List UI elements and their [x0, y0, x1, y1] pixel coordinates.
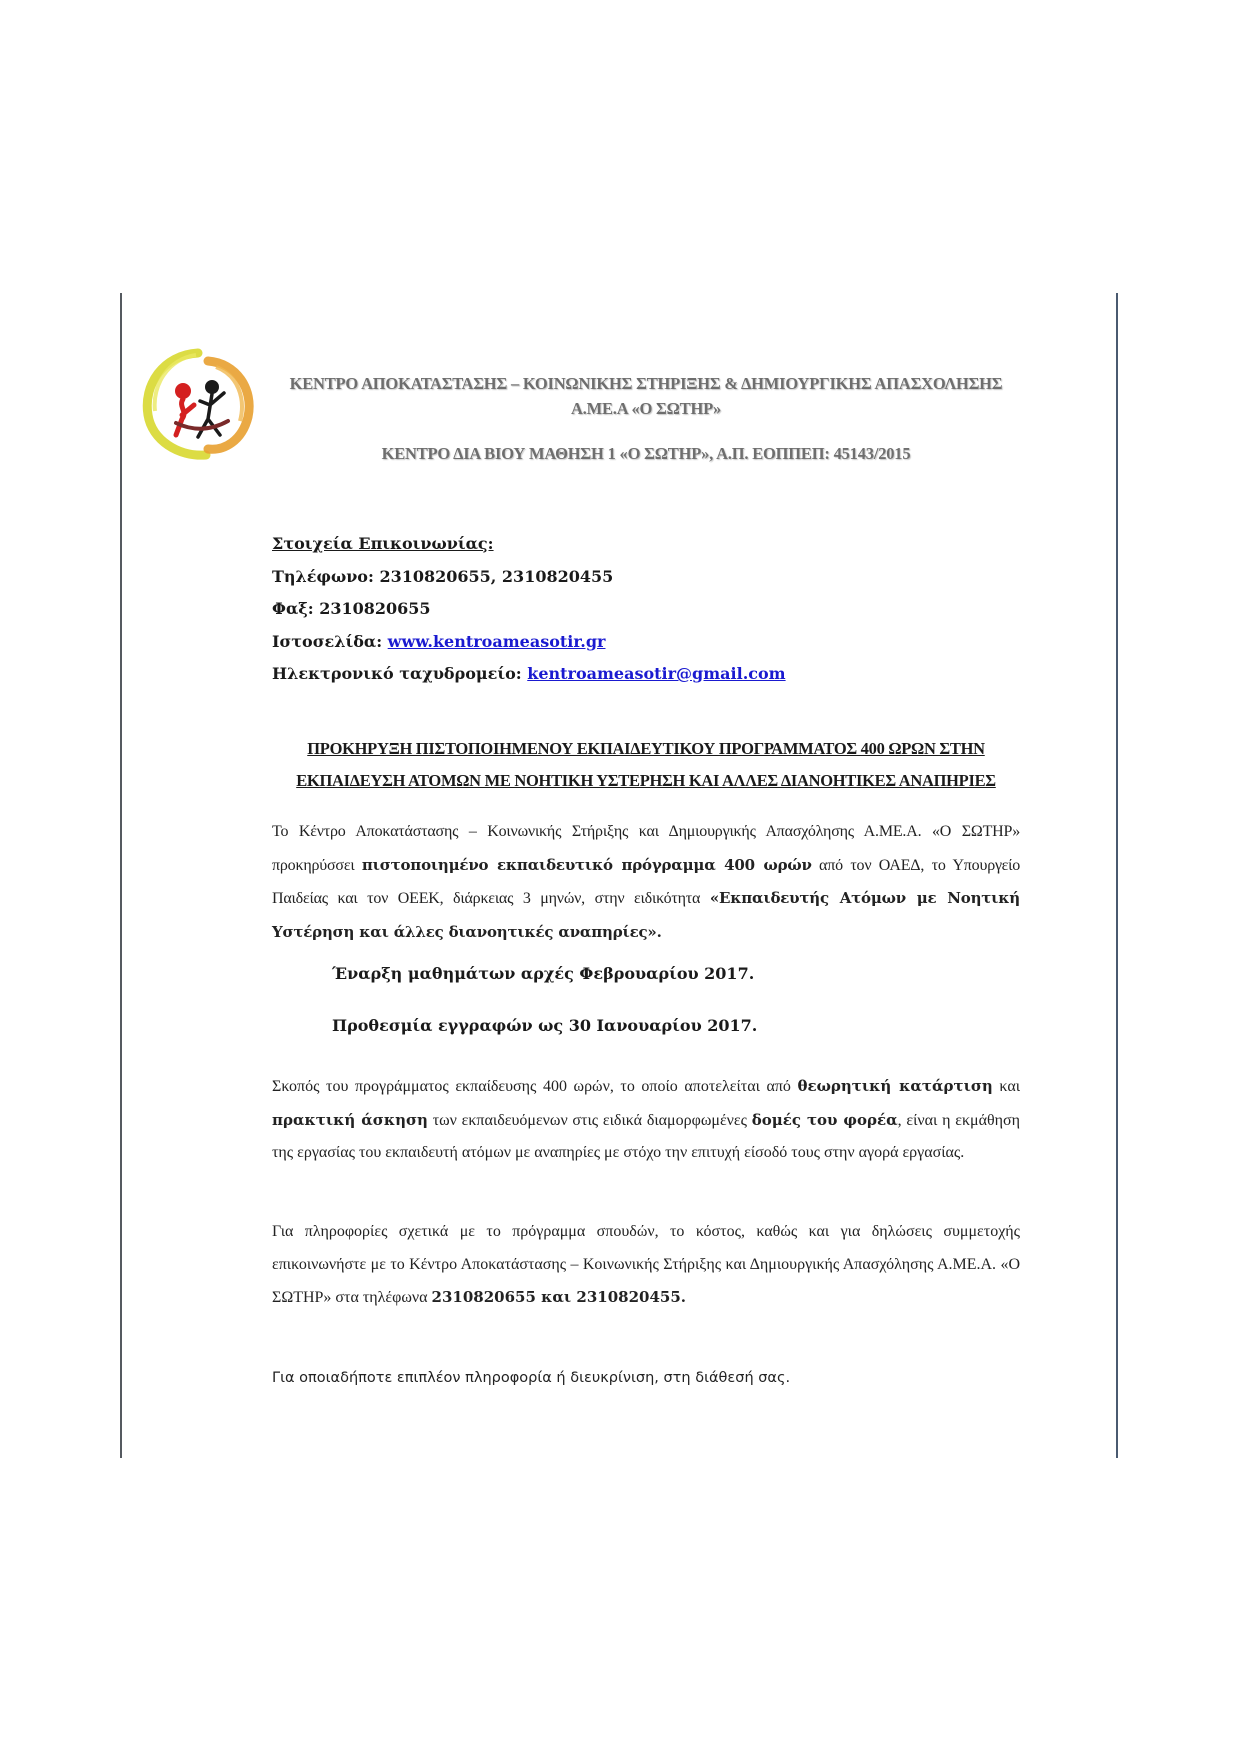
program-highlight: πιστοποιημένο εκπαιδευτικό πρόγραμμα 400… [362, 856, 812, 874]
start-date: Έναρξη μαθημάτων αρχές Φεβρουαρίου 2017. [332, 964, 754, 983]
website-label: Ιστοσελίδα: [272, 632, 388, 651]
email-link[interactable]: kentroameasotir@gmail.com [527, 664, 785, 683]
text: Σκοπός του προγράμματος εκπαίδευσης 400 … [272, 1078, 798, 1095]
phone-value: 2310820655, 2310820455 [379, 567, 613, 586]
lifelong-learning-center: ΚΕΝΤΡΟ ΔΙΑ ΒΙΟΥ ΜΑΘΗΣΗ 1 «Ο ΣΩΤΗΡ», Α.Π.… [270, 444, 1022, 464]
website-row: Ιστοσελίδα: www.kentroameasotir.gr [272, 626, 786, 659]
highlight: πρακτική άσκηση [272, 1111, 428, 1129]
website-link[interactable]: www.kentroameasotir.gr [388, 632, 606, 651]
highlight: δομές του φορέα [752, 1111, 898, 1129]
contact-title: Στοιχεία Επικοινωνίας: [272, 528, 786, 561]
page-border-right [1116, 293, 1118, 1458]
organization-logo-icon [138, 345, 260, 463]
closing-paragraph: Για οποιαδήποτε επιπλέον πληροφορία ή δι… [272, 1362, 1020, 1395]
registration-deadline: Προθεσμία εγγραφών ως 30 Ιανουαρίου 2017… [332, 1016, 757, 1035]
announcement-line-2: ΕΚΠΑΙΔΕΥΣΗ ΑΤΟΜΩΝ ΜΕ ΝΟΗΤΙΚΗ ΥΣΤΕΡΗΣΗ ΚΑ… [270, 765, 1022, 797]
organization-name: ΚΕΝΤΡΟ ΑΠΟΚΑΤΑΣΤΑΣΗΣ – ΚΟΙΝΩΝΙΚΗΣ ΣΤΗΡΙΞ… [270, 374, 1022, 394]
highlight: θεωρητική κατάρτιση [798, 1077, 993, 1095]
announcement-line-1: ΠΡΟΚΗΡΥΞΗ ΠΙΣΤΟΠΟΙΗΜΕΝΟΥ ΕΚΠΑΙΔΕΥΤΙΚΟΥ Π… [270, 733, 1022, 765]
email-row: Ηλεκτρονικό ταχυδρομείο: kentroameasotir… [272, 658, 786, 691]
phone-highlight: 2310820655 και 2310820455. [432, 1288, 686, 1306]
text: και [993, 1078, 1020, 1095]
page-border-left [120, 293, 122, 1458]
purpose-paragraph: Σκοπός του προγράμματος εκπαίδευσης 400 … [272, 1070, 1020, 1170]
phone-label: Τηλέφωνο: [272, 567, 379, 586]
info-paragraph: Για πληροφορίες σχετικά με το πρόγραμμα … [272, 1216, 1020, 1315]
fax-row: Φαξ: 2310820655 [272, 593, 786, 626]
contact-info: Στοιχεία Επικοινωνίας: Τηλέφωνο: 2310820… [272, 528, 786, 691]
phone-row: Τηλέφωνο: 2310820655, 2310820455 [272, 561, 786, 594]
fax-value: 2310820655 [319, 599, 430, 618]
announcement-title: ΠΡΟΚΗΡΥΞΗ ΠΙΣΤΟΠΟΙΗΜΕΝΟΥ ΕΚΠΑΙΔΕΥΤΙΚΟΥ Π… [270, 733, 1022, 797]
organization-abbreviation: Α.ΜΕ.Α «Ο ΣΩΤΗΡ» [270, 399, 1022, 419]
text: των εκπαιδευόμενων στις ειδικά διαμορφωμ… [428, 1112, 752, 1129]
intro-paragraph: Το Κέντρο Αποκατάστασης – Κοινωνικής Στή… [272, 816, 1020, 949]
email-label: Ηλεκτρονικό ταχυδρομείο: [272, 664, 527, 683]
fax-label: Φαξ: [272, 599, 319, 618]
